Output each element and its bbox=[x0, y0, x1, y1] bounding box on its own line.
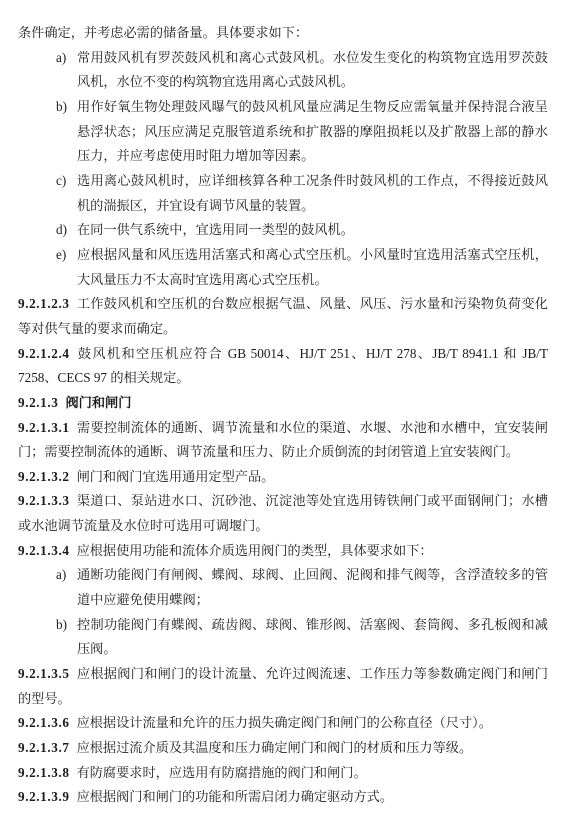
clause-text: 鼓风机和空压机应符合 GB 50014、HJ/T 251、HJ/T 278、JB… bbox=[18, 346, 548, 386]
clause-number: 9.2.1.2.4 bbox=[18, 346, 70, 361]
clause-text: 应根据设计流量和允许的压力损失确定阀门和闸门的公称直径（尺寸）。 bbox=[77, 715, 492, 730]
clause-text: 闸门和阀门宜选用通用定型产品。 bbox=[77, 469, 275, 484]
list-item-label: e) bbox=[56, 243, 66, 268]
clause-9-2-1-3-9: 9.2.1.3.9应根据阀门和闸门的功能和所需启闭力确定驱动方式。 bbox=[18, 785, 548, 810]
clause-number: 9.2.1.3.5 bbox=[18, 666, 70, 681]
clause-9-2-1-3-3: 9.2.1.3.3渠道口、泵站进水口、沉砂池、沉淀池等处宜选用铸铁闸门或平面钢闸… bbox=[18, 489, 548, 538]
list-item-c-blowers: c) 选用离心鼓风机时，应详细核算各种工况条件时鼓风机的工作点，不得接近鼓风机的… bbox=[18, 169, 548, 218]
clause-number: 9.2.1.3.1 bbox=[18, 420, 70, 435]
section-heading-valves-and-gates: 9.2.1.3阀门和闸门 bbox=[18, 391, 548, 416]
clause-number: 9.2.1.2.3 bbox=[18, 296, 70, 311]
clause-9-2-1-3-5: 9.2.1.3.5应根据阀门和闸门的设计流量、允许过阀流速、工作压力等参数确定阀… bbox=[18, 662, 548, 711]
list-item-text: 控制功能阀门有蝶阀、疏齿阀、球阀、锥形阀、活塞阀、套筒阀、多孔板阀和减压阀。 bbox=[77, 617, 548, 657]
document-page: 条件确定，并考虑必需的储备量。具体要求如下： a) 常用鼓风机有罗茨鼓风机和离心… bbox=[0, 0, 568, 833]
clause-text: 应根据阀门和闸门的功能和所需启闭力确定驱动方式。 bbox=[77, 789, 394, 804]
list-item-d-blowers: d) 在同一供气系统中，宜选用同一类型的鼓风机。 bbox=[18, 218, 548, 243]
intro-paragraph: 条件确定，并考虑必需的储备量。具体要求如下： bbox=[18, 21, 548, 46]
clause-text: 应根据过流介质及其温度和压力确定闸门和阀门的材质和压力等级。 bbox=[77, 740, 473, 755]
list-item-label: d) bbox=[56, 218, 67, 243]
list-item-text: 常用鼓风机有罗茨鼓风机和离心式鼓风机。水位发生变化的构筑物宜选用罗茨鼓风机，水位… bbox=[77, 50, 548, 90]
list-item-text: 应根据风量和风压选用活塞式和离心式空压机。小风量时宜选用活塞式空压机，大风量压力… bbox=[77, 247, 548, 287]
clause-number: 9.2.1.3.3 bbox=[18, 493, 70, 508]
clause-text: 应根据使用功能和流体介质选用阀门的类型，具体要求如下： bbox=[77, 543, 433, 558]
clause-9-2-1-3-6: 9.2.1.3.6应根据设计流量和允许的压力损失确定阀门和闸门的公称直径（尺寸）… bbox=[18, 711, 548, 736]
clause-9-2-1-3-1: 9.2.1.3.1需要控制流体的通断、调节流量和水位的渠道、水堰、水池和水槽中，… bbox=[18, 416, 548, 465]
clause-text: 应根据阀门和闸门的设计流量、允许过阀流速、工作压力等参数确定阀门和闸门的型号。 bbox=[18, 666, 548, 706]
list-item-e-blowers: e) 应根据风量和风压选用活塞式和离心式空压机。小风量时宜选用活塞式空压机，大风… bbox=[18, 243, 548, 292]
clause-number: 9.2.1.3.7 bbox=[18, 740, 70, 755]
list-item-text: 通断功能阀门有闸阀、蝶阀、球阀、止回阀、泥阀和排气阀等，含浮渣较多的管道中应避免… bbox=[77, 567, 548, 607]
clause-9-2-1-3-8: 9.2.1.3.8有防腐要求时，应选用有防腐措施的阀门和闸门。 bbox=[18, 761, 548, 786]
list-item-label: b) bbox=[56, 95, 67, 120]
clause-number: 9.2.1.3.8 bbox=[18, 765, 70, 780]
list-item-a-valves: a) 通断功能阀门有闸阀、蝶阀、球阀、止回阀、泥阀和排气阀等，含浮渣较多的管道中… bbox=[18, 563, 548, 612]
clause-9-2-1-3-2: 9.2.1.3.2闸门和阀门宜选用通用定型产品。 bbox=[18, 465, 548, 490]
heading-number: 9.2.1.3 bbox=[18, 395, 58, 410]
clause-number: 9.2.1.3.6 bbox=[18, 715, 70, 730]
list-item-text: 在同一供气系统中，宜选用同一类型的鼓风机。 bbox=[77, 222, 354, 237]
list-item-label: a) bbox=[56, 563, 66, 588]
list-item-label: b) bbox=[56, 613, 67, 638]
clause-number: 9.2.1.3.9 bbox=[18, 789, 70, 804]
clause-9-2-1-2-4: 9.2.1.2.4鼓风机和空压机应符合 GB 50014、HJ/T 251、HJ… bbox=[18, 342, 548, 391]
clause-9-2-1-3-7: 9.2.1.3.7应根据过流介质及其温度和压力确定闸门和阀门的材质和压力等级。 bbox=[18, 736, 548, 761]
clause-text: 工作鼓风机和空压机的台数应根据气温、风量、风压、污水量和污染物负荷变化等对供气量… bbox=[18, 296, 548, 336]
clause-9-2-1-2-3: 9.2.1.2.3工作鼓风机和空压机的台数应根据气温、风量、风压、污水量和污染物… bbox=[18, 292, 548, 341]
clause-text: 有防腐要求时，应选用有防腐措施的阀门和闸门。 bbox=[77, 765, 367, 780]
clause-9-2-1-3-4: 9.2.1.3.4应根据使用功能和流体介质选用阀门的类型，具体要求如下： bbox=[18, 539, 548, 564]
list-item-label: a) bbox=[56, 46, 66, 71]
heading-text: 阀门和闸门 bbox=[65, 395, 131, 410]
list-item-a-blowers: a) 常用鼓风机有罗茨鼓风机和离心式鼓风机。水位发生变化的构筑物宜选用罗茨鼓风机… bbox=[18, 46, 548, 95]
clause-text: 需要控制流体的通断、调节流量和水位的渠道、水堰、水池和水槽中，宜安装闸门；需要控… bbox=[18, 420, 548, 460]
clause-text: 渠道口、泵站进水口、沉砂池、沉淀池等处宜选用铸铁闸门或平面钢闸门；水槽或水池调节… bbox=[18, 493, 548, 533]
list-item-b-blowers: b) 用作好氧生物处理鼓风曝气的鼓风机风量应满足生物反应需氧量并保持混合液呈悬浮… bbox=[18, 95, 548, 169]
clause-number: 9.2.1.3.4 bbox=[18, 543, 70, 558]
list-item-text: 用作好氧生物处理鼓风曝气的鼓风机风量应满足生物反应需氧量并保持混合液呈悬浮状态；… bbox=[77, 99, 548, 163]
list-item-text: 选用离心鼓风机时，应详细核算各种工况条件时鼓风机的工作点，不得接近鼓风机的湍振区… bbox=[77, 173, 548, 213]
list-item-label: c) bbox=[56, 169, 66, 194]
clause-number: 9.2.1.3.2 bbox=[18, 469, 70, 484]
list-item-b-valves: b) 控制功能阀门有蝶阀、疏齿阀、球阀、锥形阀、活塞阀、套筒阀、多孔板阀和减压阀… bbox=[18, 613, 548, 662]
